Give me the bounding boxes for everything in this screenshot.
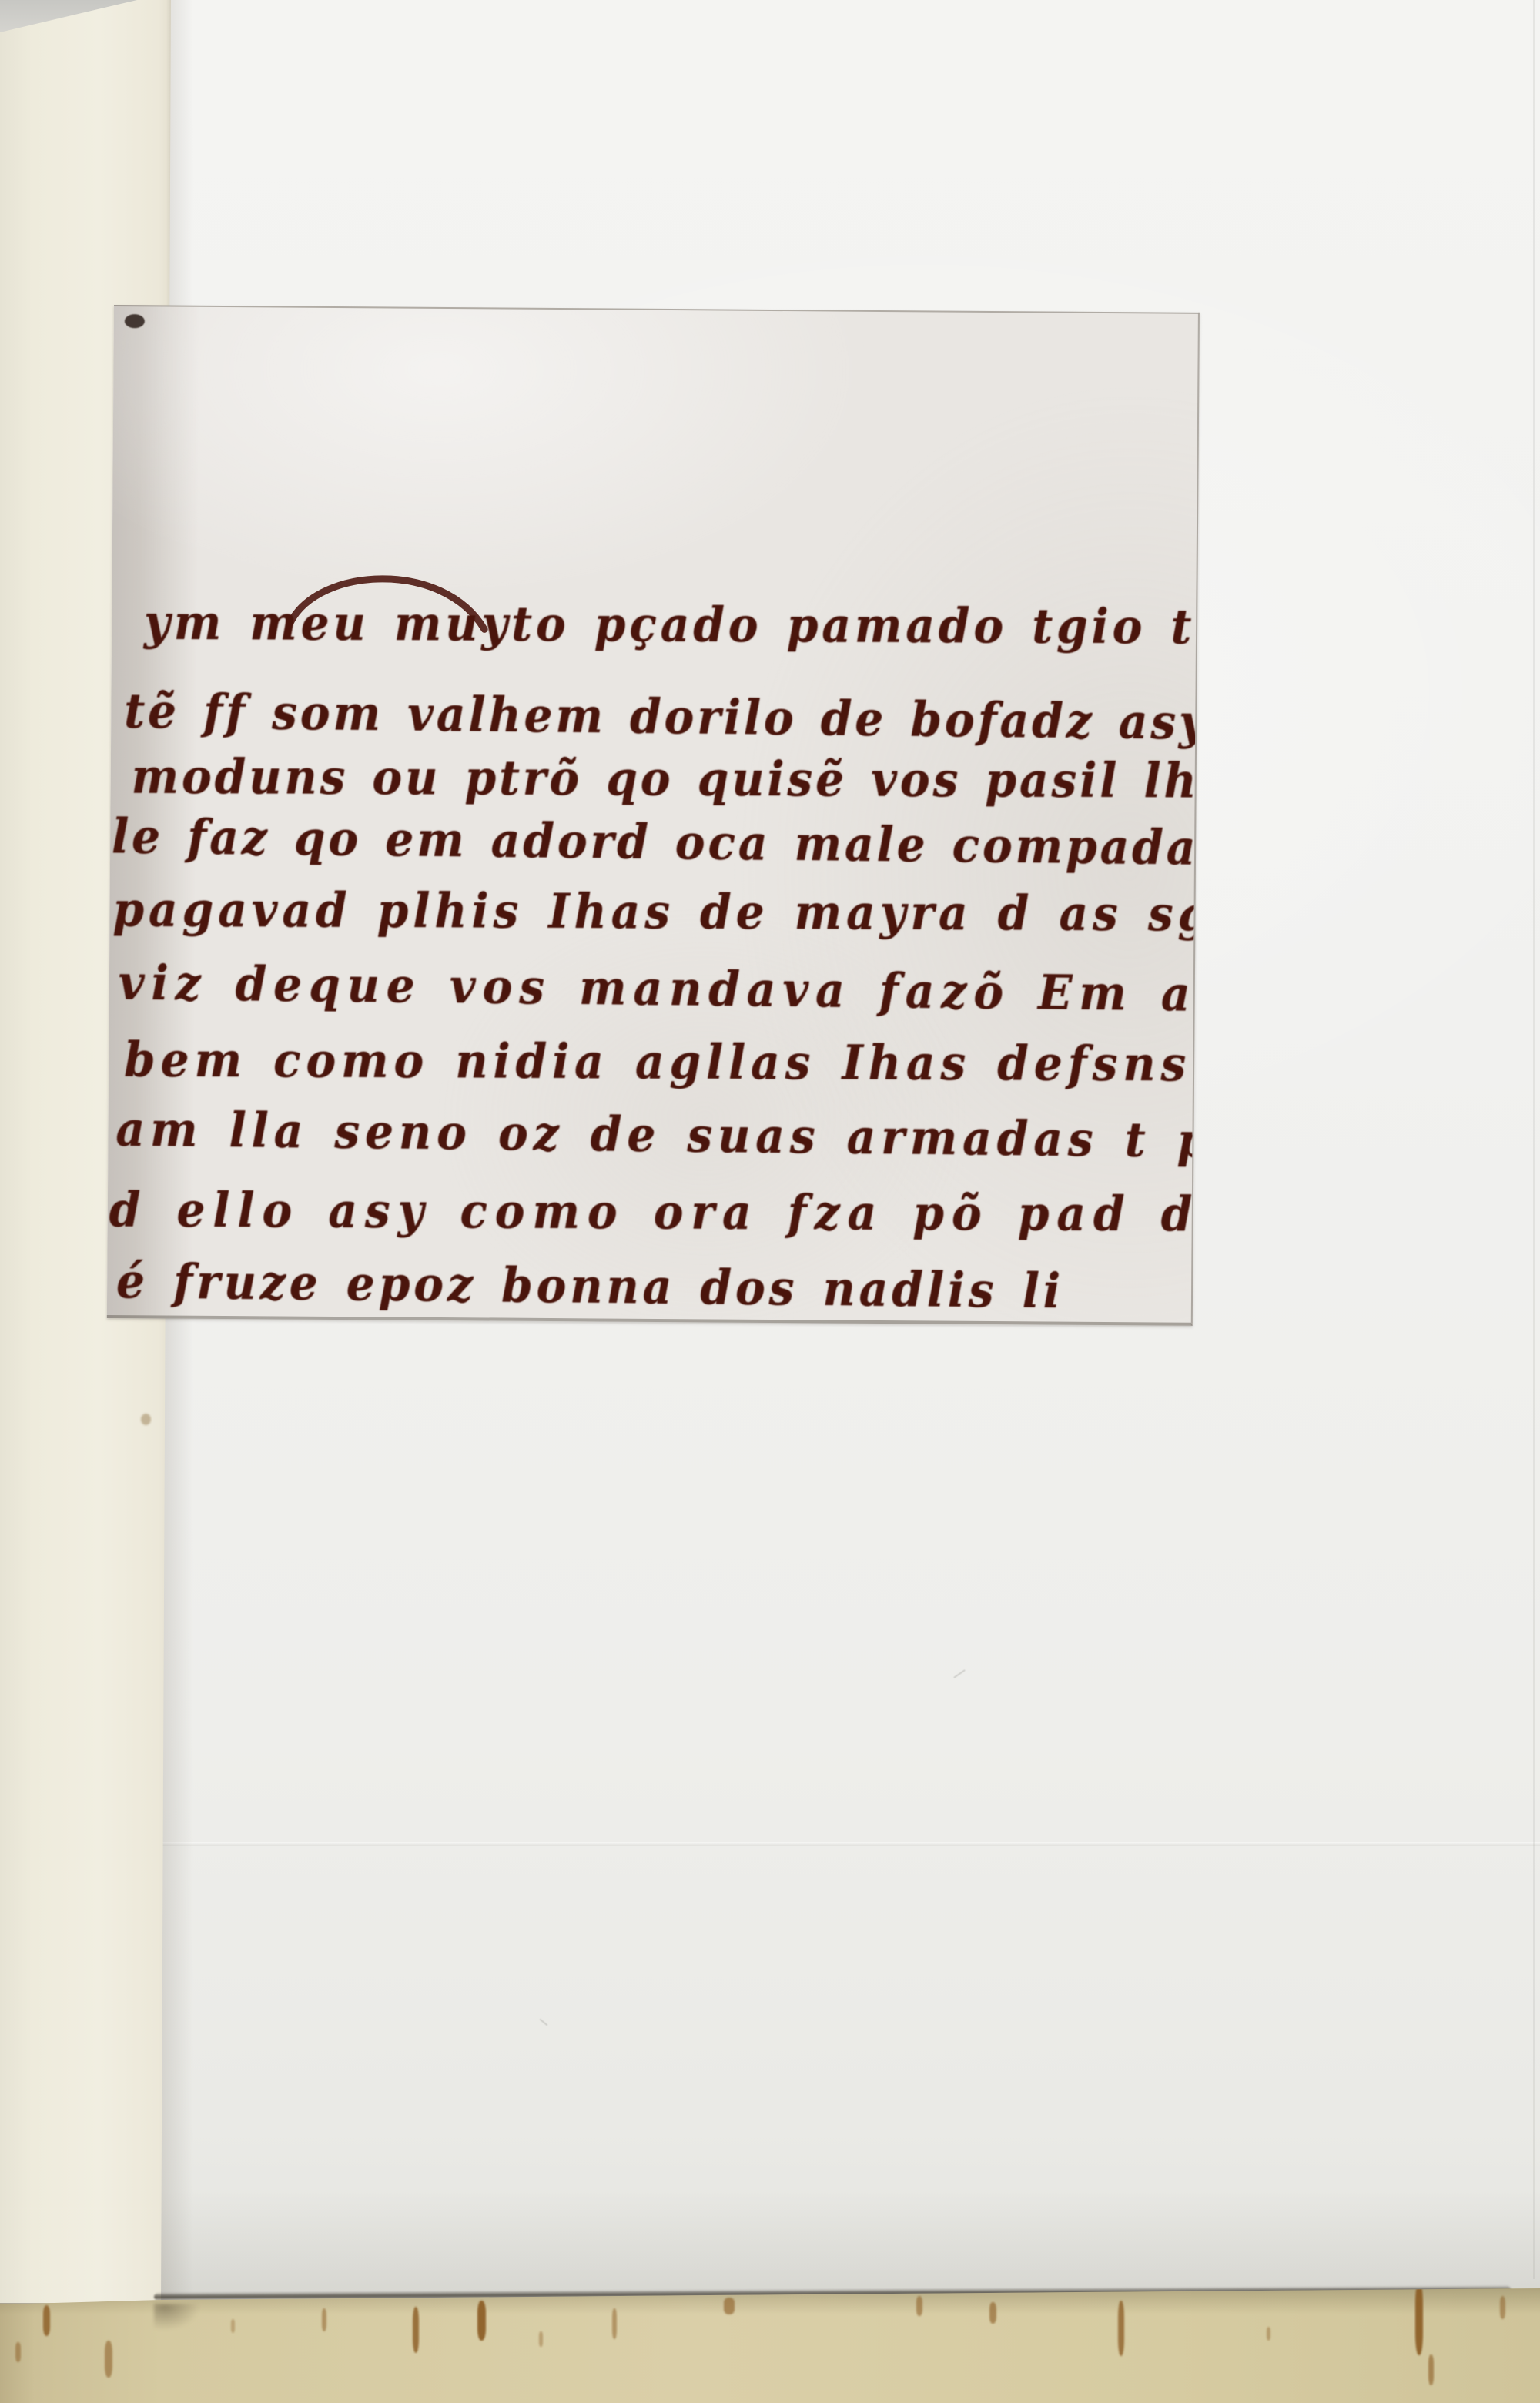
foxing-spot: [1267, 2327, 1270, 2341]
foxing-spot: [539, 2331, 543, 2347]
foxing-spot: [15, 2342, 21, 2362]
foxing-spot: [724, 2298, 735, 2314]
foxing-spot: [1500, 2296, 1505, 2319]
sheet-crease: [162, 1842, 1540, 1846]
manuscript-line: moduns ou ptrõ qo quisẽ vos pasil lhe pa: [132, 753, 1200, 805]
manuscript-line: pagavad plhis Ihas de mayra d as sges: [112, 885, 1200, 938]
manuscript-line: d ello asy como ora fza põ pad dos: [109, 1186, 1200, 1238]
manuscript-line: tẽ ff som valhem dorilo de bofadz asy pa: [124, 688, 1200, 748]
foxing-spot: [141, 1414, 151, 1425]
manuscript-facsimile-photo: ym meu muyto pçado pamado tgio tonio tẽ …: [107, 305, 1200, 1326]
right-page-edge-line: [1533, 0, 1535, 2279]
foxing-spot: [322, 2308, 326, 2331]
foxing-spot: [231, 2319, 235, 2333]
manuscript-line: ym meu muyto pçado pamado tgio tonio: [144, 599, 1200, 651]
book-photograph: { "document": { "description": "Photogra…: [0, 0, 1540, 2403]
sheet-lower-shading: [158, 2190, 1540, 2298]
foxing-spot: [1415, 2282, 1423, 2355]
manuscript-line: é fruze epoz bonna dos nadlis li: [116, 1257, 1064, 1315]
foxing-spot: [916, 2296, 922, 2316]
foxing-spot: [105, 2341, 112, 2378]
foxing-spot: [989, 2302, 996, 2324]
sheet-corner-shadow: [154, 2304, 208, 2339]
foxing-spot: [612, 2308, 617, 2339]
manuscript-line: viz deque vos mandava fazõ Em aqua: [119, 959, 1200, 1019]
manuscript-line: le faz qo em adord oca male compadatz tz: [112, 812, 1200, 872]
foxing-spot: [43, 2305, 50, 2336]
manuscript-line: bem como nidia agllas Ihas defsns no: [124, 1036, 1200, 1088]
foxing-spot: [477, 2301, 486, 2341]
bottom-tanned-page-edge: [0, 2288, 1540, 2403]
foxing-spot: [1428, 2354, 1434, 2385]
foxing-spot: [413, 2307, 419, 2353]
foxing-spot: [1118, 2301, 1124, 2356]
manuscript-line: am lla seno oz de suas armadas t por: [115, 1106, 1200, 1166]
